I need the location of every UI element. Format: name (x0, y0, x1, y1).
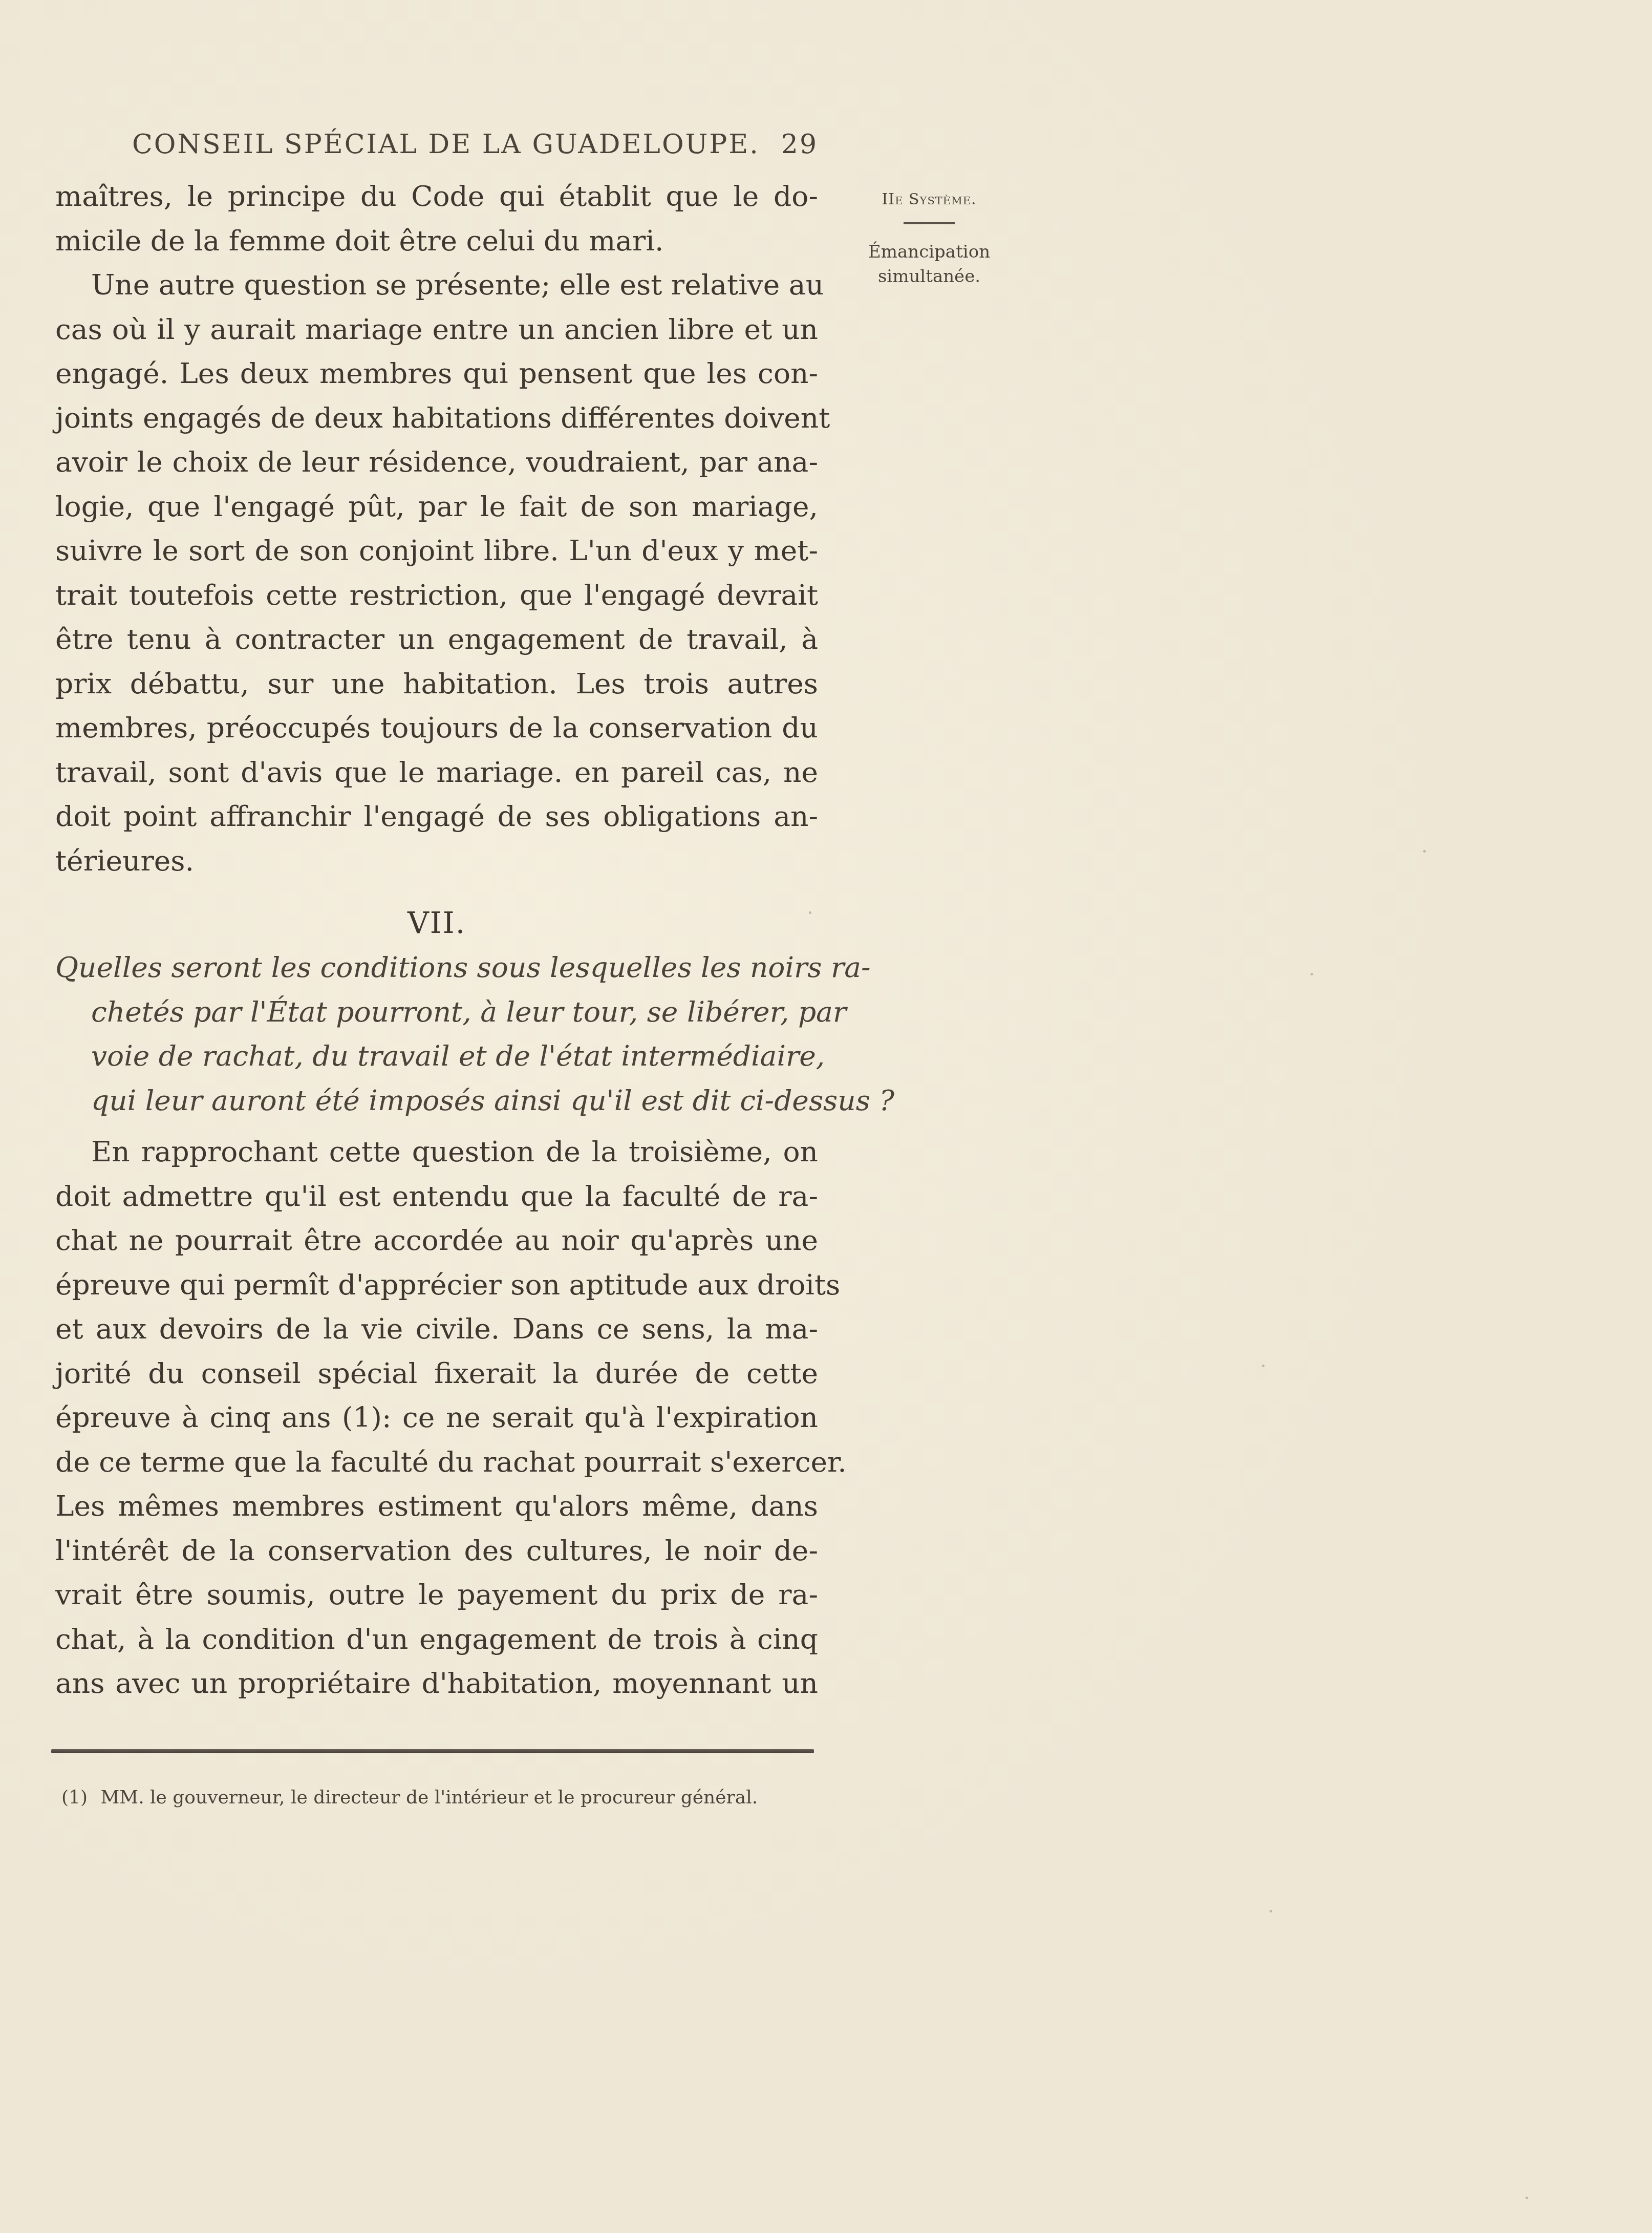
text-line: membres, préoccupés toujours de la conse… (55, 706, 818, 750)
paragraph-3: En rapprochant cette question de la troi… (55, 1130, 818, 1706)
text-line: épreuve à cinq ans (1): ce ne serait qu'… (55, 1395, 818, 1440)
text-line: En rapprochant cette question de la troi… (55, 1130, 818, 1174)
text-line: trait toutefois cette restriction, que l… (55, 573, 818, 618)
paper-speck (1311, 973, 1313, 975)
text-line: avoir le choix de leur résidence, voudra… (55, 440, 818, 484)
text-line: jorité du conseil spécial fixerait la du… (55, 1351, 818, 1396)
text-line: chat ne pourrait être accordée au noir q… (55, 1218, 818, 1263)
paper-speck (1270, 1910, 1272, 1912)
text-line: travail, sont d'avis que le mariage. en … (55, 750, 818, 795)
text-line: épreuve qui permît d'apprécier son aptit… (55, 1263, 818, 1307)
text-line: doit point affranchir l'engagé de ses ob… (55, 794, 818, 839)
text-line: Quelles seront les conditions sous lesqu… (55, 945, 818, 990)
text-line: cas où il y aurait mariage entre un anci… (55, 307, 818, 352)
paragraph-2: Une autre question se présente; elle est… (55, 263, 818, 883)
text-line: micile de la femme doit être celui du ma… (55, 219, 818, 263)
page-number: 29 (781, 129, 818, 160)
text-line: de ce terme que la faculté du rachat pou… (55, 1440, 818, 1484)
text-line: maîtres, le principe du Code qui établit… (55, 174, 818, 219)
text-line: doit admettre qu'il est entendu que la f… (55, 1174, 818, 1219)
running-title: CONSEIL SPÉCIAL DE LA GUADELOUPE. (132, 129, 760, 160)
margin-note-system: IIe Système. (850, 189, 1009, 210)
text-line: et aux devoirs de la vie civile. Dans ce… (55, 1307, 818, 1351)
text-line: térieures. (55, 839, 818, 883)
text-line: qui leur auront été imposés ainsi qu'il … (55, 1078, 818, 1123)
footnote-marker: (1) (61, 1787, 88, 1808)
text-line: logie, que l'engagé pût, par le fait de … (55, 484, 818, 529)
paragraph-1: maîtres, le principe du Code qui établit… (55, 174, 818, 263)
section-heading: VII. (55, 892, 818, 943)
footnote: (1) MM. le gouverneur, le directeur de l… (61, 1787, 819, 1808)
text-line: Une autre question se présente; elle est… (55, 263, 818, 307)
margin-note-dash (904, 222, 955, 224)
text-line: joints engagés de deux habitations diffé… (55, 396, 818, 440)
text-line: voie de rachat, du travail et de l'état … (55, 1034, 818, 1078)
spacer (55, 1122, 818, 1130)
paper-speck (1262, 1365, 1264, 1367)
footnote-divider (51, 1749, 814, 1753)
text-line: chat, à la condition d'un engagement de … (55, 1617, 818, 1662)
body-text: maîtres, le principe du Code qui établit… (55, 174, 818, 1706)
paper-speck (1423, 850, 1426, 853)
footnote-text: MM. le gouverneur, le directeur de l'int… (100, 1787, 758, 1808)
margin-note-topic-line2: simultanée. (850, 264, 1009, 289)
text-line: engagé. Les deux membres qui pensent que… (55, 351, 818, 396)
text-line: ans avec un propriétaire d'habitation, m… (55, 1661, 818, 1706)
text-line: chetés par l'État pourront, à leur tour,… (55, 990, 818, 1034)
margin-note-topic-line1: Émancipation (850, 240, 1009, 264)
text-line: Les mêmes membres estiment qu'alors même… (55, 1484, 818, 1528)
text-line: suivre le sort de son conjoint libre. L'… (55, 528, 818, 573)
margin-note: IIe Système. Émancipation simultanée. (850, 189, 1009, 289)
text-line: l'intérêt de la conservation des culture… (55, 1528, 818, 1573)
text-line: être tenu à contracter un engagement de … (55, 617, 818, 662)
text-line: vrait être soumis, outre le payement du … (55, 1572, 818, 1617)
paper-speck (1526, 2197, 1528, 2199)
book-page: CONSEIL SPÉCIAL DE LA GUADELOUPE. 29 IIe… (0, 0, 1652, 2233)
text-line: prix débattu, sur une habitation. Les tr… (55, 662, 818, 706)
question-text: Quelles seront les conditions sous lesqu… (55, 945, 818, 1122)
paper-speck (809, 911, 811, 914)
